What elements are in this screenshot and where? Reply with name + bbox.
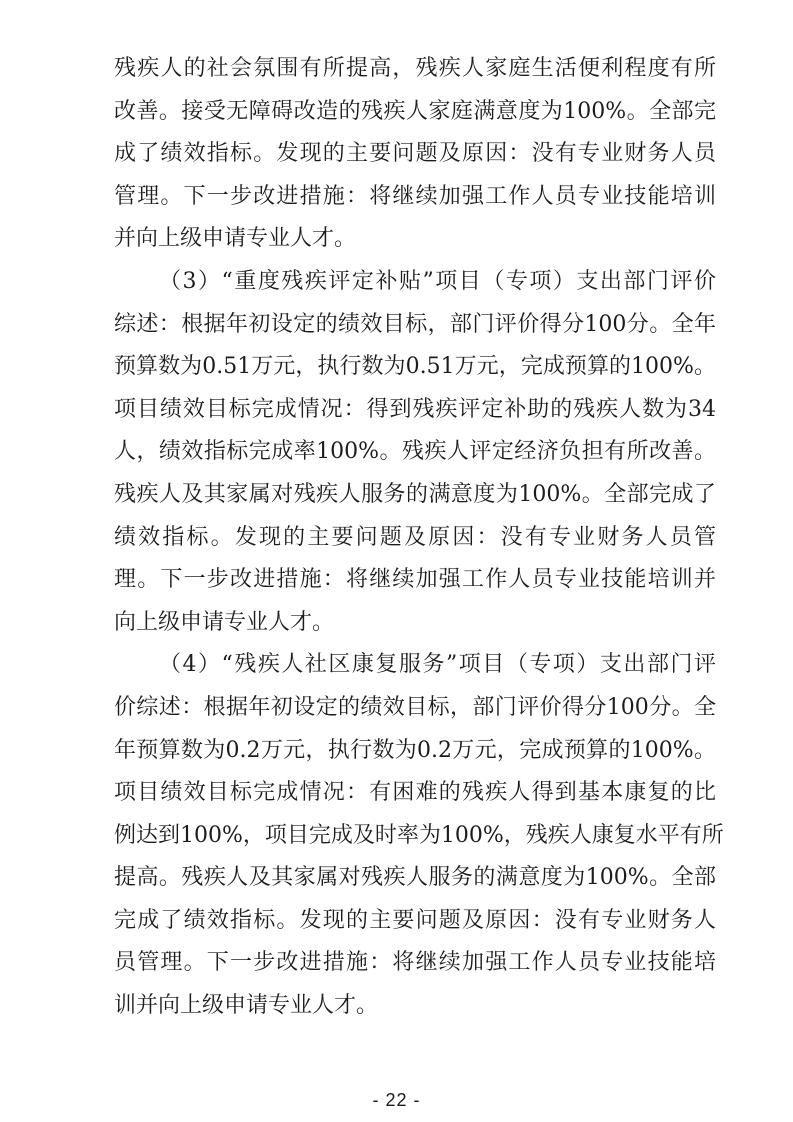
text-line: 综述：根据年初设定的绩效目标，部门评价得分100分。全年 xyxy=(114,304,716,347)
text-line: 例达到100%，项目完成及时率为100%，残疾人康复水平有所 xyxy=(114,815,716,858)
document-page: 残疾人的社会氛围有所提高，残疾人家庭生活便利程度有所改善。接受无障碍改造的残疾人… xyxy=(0,0,793,1122)
text-line: 提高。残疾人及其家属对残疾人服务的满意度为100%。全部 xyxy=(114,857,716,900)
text-line: 残疾人的社会氛围有所提高，残疾人家庭生活便利程度有所 xyxy=(114,48,716,91)
page-number: - 22 - xyxy=(372,1090,420,1110)
text-line: 管理。下一步改进措施：将继续加强工作人员专业技能培训 xyxy=(114,176,716,219)
text-line: 并向上级申请专业人才。 xyxy=(114,218,716,261)
text-line: 训并向上级申请专业人才。 xyxy=(114,985,716,1028)
text-line: 成了绩效指标。发现的主要问题及原因：没有专业财务人员 xyxy=(114,133,716,176)
text-line: 理。下一步改进措施：将继续加强工作人员专业技能培训并 xyxy=(114,559,716,602)
text-line: 项目绩效目标完成情况：得到残疾评定补助的残疾人数为34 xyxy=(114,389,716,432)
page-footer: - 22 - xyxy=(0,1090,793,1111)
document-body: 残疾人的社会氛围有所提高，残疾人家庭生活便利程度有所改善。接受无障碍改造的残疾人… xyxy=(114,48,716,1028)
text-line: 员管理。下一步改进措施：将继续加强工作人员专业技能培 xyxy=(114,942,716,985)
text-line: （3）“重度残疾评定补贴”项目（专项）支出部门评价 xyxy=(114,261,716,304)
text-line: 价综述：根据年初设定的绩效目标，部门评价得分100分。全 xyxy=(114,687,716,730)
text-line: 完成了绩效指标。发现的主要问题及原因：没有专业财务人 xyxy=(114,900,716,943)
text-line: 向上级申请专业人才。 xyxy=(114,602,716,645)
text-line: 年预算数为0.2万元，执行数为0.2万元，完成预算的100%。 xyxy=(114,730,716,773)
text-line: 预算数为0.51万元，执行数为0.51万元，完成预算的100%。 xyxy=(114,346,716,389)
text-line: 改善。接受无障碍改造的残疾人家庭满意度为100%。全部完 xyxy=(114,91,716,134)
text-line: 项目绩效目标完成情况：有困难的残疾人得到基本康复的比 xyxy=(114,772,716,815)
text-line: （4）“残疾人社区康复服务”项目（专项）支出部门评 xyxy=(114,644,716,687)
text-line: 绩效指标。发现的主要问题及原因：没有专业财务人员管 xyxy=(114,517,716,560)
text-line: 人，绩效指标完成率100%。残疾人评定经济负担有所改善。 xyxy=(114,431,716,474)
text-line: 残疾人及其家属对残疾人服务的满意度为100%。全部完成了 xyxy=(114,474,716,517)
